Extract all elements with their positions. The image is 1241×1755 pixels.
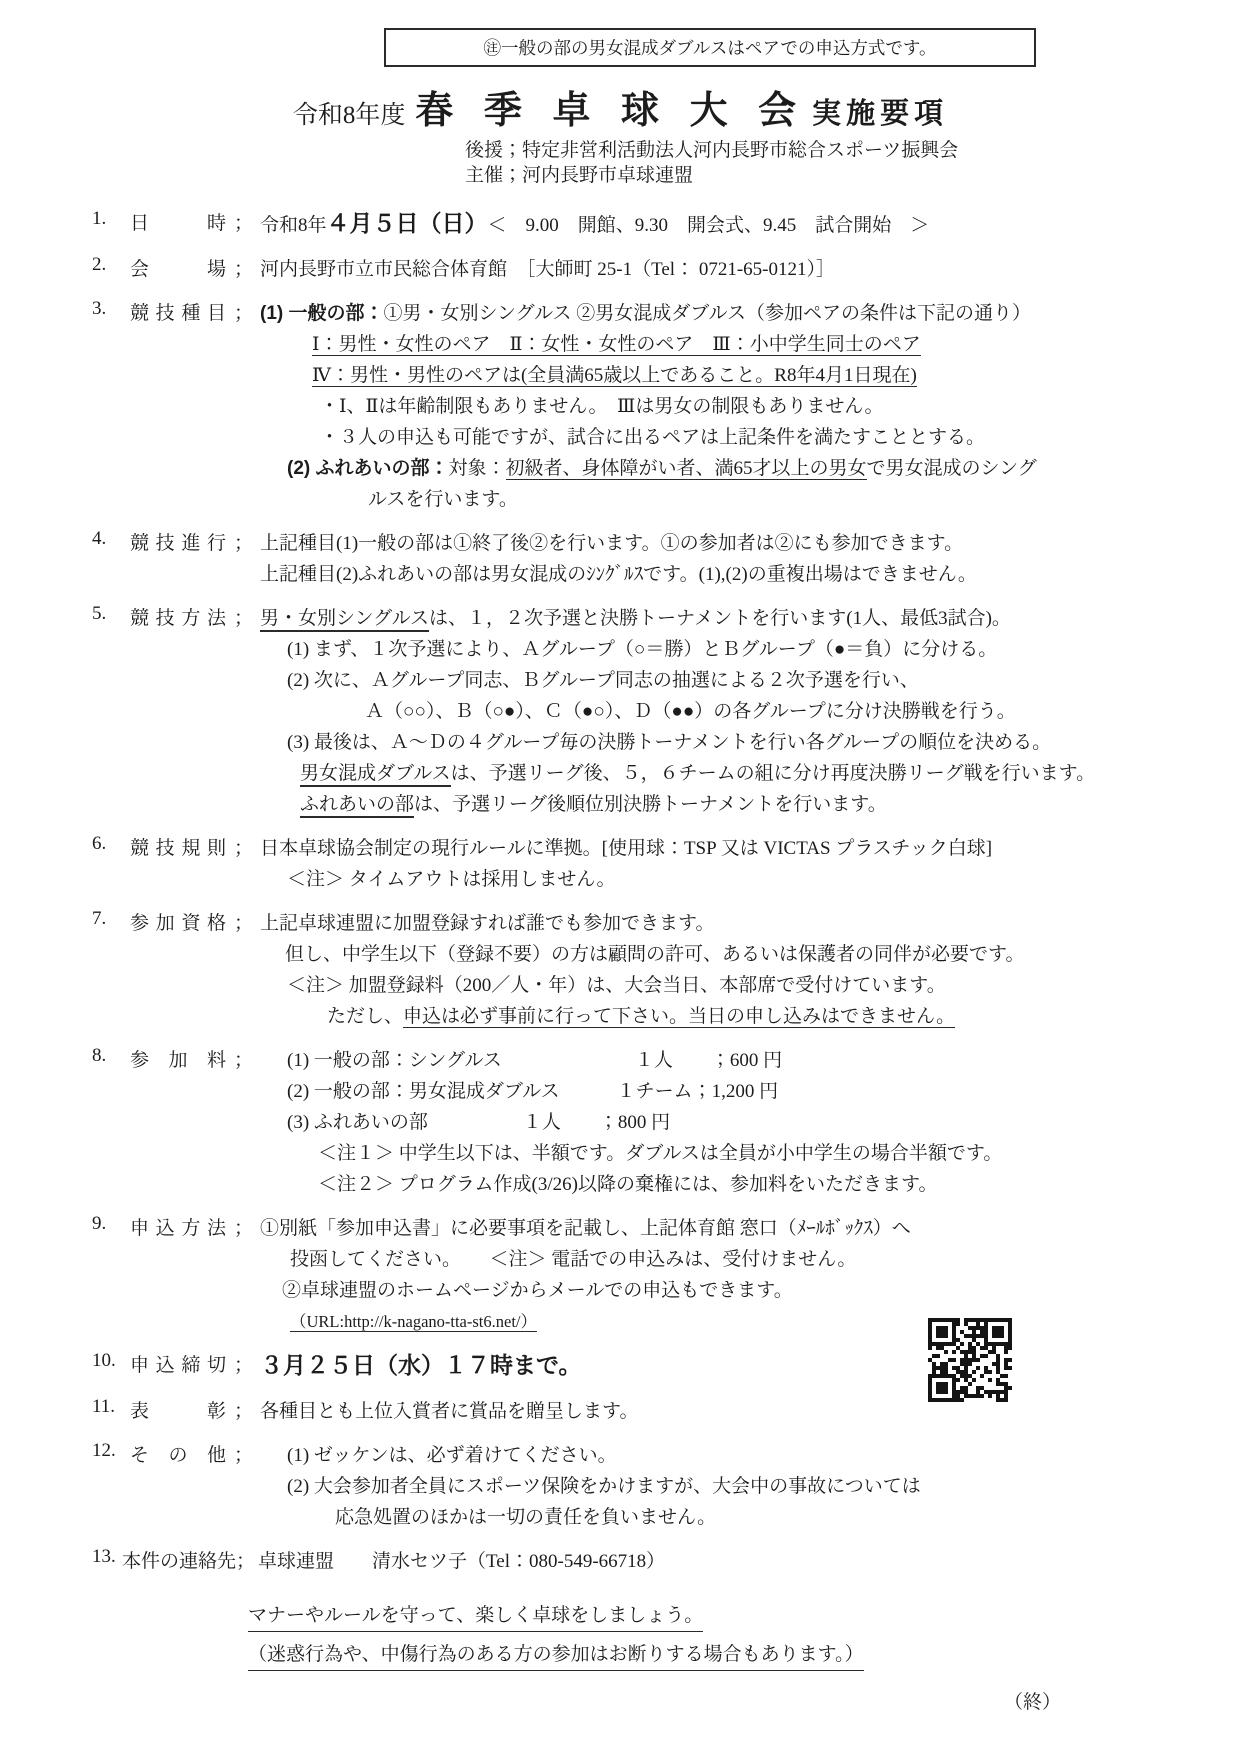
item-line: ＜注１＞ 中学生以下は、半額です。ダブルスは全員が小中学生の場合半額です。 <box>260 1138 1216 1169</box>
text-run: 対象： <box>449 458 506 479</box>
item-number: 11. <box>92 1396 130 1427</box>
item-line: 上記卓球連盟に加盟登録すれば誰でも参加できます。 <box>260 908 1216 939</box>
item-label: 競技方法 <box>130 603 226 820</box>
item-separator: ； <box>234 603 260 820</box>
footer-manner-line: マナーやルールを守って、楽しく卓球をしましょう。 <box>248 1601 1241 1632</box>
text-run: 上記種目(2)ふれあいの部は男女混成のｼﾝｸﾞﾙｽです。(1),(2)の重複出場… <box>260 564 977 585</box>
item-label: 申込方法 <box>130 1213 226 1337</box>
item-line: (1) まず、１次予選により、Ａグループ（○＝勝）とＢグループ（●＝負）に分ける… <box>260 634 1216 665</box>
text-run: ＜注＞ タイムアウトは採用しません。 <box>287 869 616 890</box>
item-line: 投函してください。 ＜注＞ 電話での申込みは、受付けません。 <box>260 1244 1216 1275</box>
item-separator: ； <box>234 833 260 895</box>
item-line: ルスを行います。 <box>260 484 1216 515</box>
text-run: で男女混成のシング <box>867 458 1037 479</box>
text-run: は、予選リーグ後、５，６チームの組に分け再度決勝リーグ戦を行います。 <box>451 763 1095 784</box>
item-separator: ； <box>234 1213 260 1337</box>
item-label: 日時 <box>130 208 226 241</box>
text-run: (1) 一般の部： <box>260 303 384 324</box>
item-content: ①別紙「参加申込書」に必要事項を記載し、上記体育館 窓口（ﾒｰﾙﾎﾞｯｸｽ）へ投… <box>260 1213 1216 1337</box>
item-content: (1) 一般の部：①男・女別シングルス ②男女混成ダブルス（参加ペアの条件は下記… <box>260 298 1216 515</box>
item-line: ふれあいの部は、予選リーグ後順位別決勝トーナメントを行います。 <box>260 789 1216 820</box>
text-run: ①別紙「参加申込書」に必要事項を記載し、上記体育館 窓口（ﾒｰﾙﾎﾞｯｸｽ）へ <box>260 1218 911 1239</box>
item-line: 但し、中学生以下（登録不要）の方は顧問の許可、あるいは保護者の同伴が必要です。 <box>260 939 1216 970</box>
text-run: ３月２５日（水）１７時まで。 <box>260 1352 582 1378</box>
item-line: 応急処置のほかは一切の責任を負いません。 <box>260 1502 1216 1533</box>
item-3: 3.競技種目；(1) 一般の部：①男・女別シングルス ②男女混成ダブルス（参加ペ… <box>92 298 1216 515</box>
item-line: ただし、申込は必ず事前に行って下さい。当日の申し込みはできません。 <box>260 1001 1216 1032</box>
page-title: 令和8年度春 季 卓 球 大 会実施要項 <box>0 79 1241 134</box>
item-6: 6.競技規則；日本卓球協会制定の現行ルールに準拠。[使用球：TSP 又は VIC… <box>92 833 1216 895</box>
text-run: ４月５日（日） <box>327 210 488 236</box>
item-label: 本件の連絡先 <box>122 1546 236 1577</box>
text-run: ・３人の申込も可能ですが、試合に出るペアは上記条件を満たすこととする。 <box>320 427 985 448</box>
item-line: Ⅰ：男性・女性のペア Ⅱ：女性・女性のペア Ⅲ：小中学生同士のペア <box>260 329 1216 360</box>
item-separator: ； <box>234 298 260 515</box>
item-line: (2) 次に、Ａグループ同志、Ｂグループ同志の抽選による２次予選を行い、 <box>260 665 1216 696</box>
note-box-text: ㊟一般の部の男女混成ダブルスはペアでの申込方式です。 <box>484 38 937 58</box>
item-line: (3) 最後は、Ａ～Ｄの４グループ毎の決勝トーナメントを行い各グループの順位を決… <box>260 727 1216 758</box>
sponsor-shusai: 主催；河内長野市卓球連盟 <box>465 163 1241 188</box>
item-line: ＜注２＞ プログラム作成(3/26)以降の棄権には、参加料をいただきます。 <box>260 1169 1216 1200</box>
item-line: (1) 一般の部：①男・女別シングルス ②男女混成ダブルス（参加ペアの条件は下記… <box>260 298 1216 329</box>
title-suffix: 実施要項 <box>812 98 948 130</box>
item-number: 8. <box>92 1045 130 1200</box>
qr-code <box>928 1318 1012 1402</box>
item-separator: ； <box>234 208 260 241</box>
text-run: 申込は必ず事前に行って下さい。当日の申し込みはできません。 <box>403 1006 955 1028</box>
text-run: ルスを行います。 <box>368 489 518 510</box>
footer-warning-line: （迷惑行為や、中傷行為のある方の参加はお断りする場合もあります。） <box>248 1640 1241 1671</box>
text-run: (3) ふれあいの部 １人 ；800 円 <box>287 1112 670 1133</box>
item-line: ・３人の申込も可能ですが、試合に出るペアは上記条件を満たすこととする。 <box>260 422 1216 453</box>
item-separator: ； <box>234 1045 260 1200</box>
item-12: 12.その他；(1) ゼッケンは、必ず着けてください。(2) 大会参加者全員にス… <box>92 1440 1216 1533</box>
item-number: 12. <box>92 1440 130 1533</box>
item-number: 7. <box>92 908 130 1032</box>
item-line: 上記種目(1)一般の部は①終了後②を行います。①の参加者は②にも参加できます。 <box>260 528 1216 559</box>
item-content: 上記種目(1)一般の部は①終了後②を行います。①の参加者は②にも参加できます。上… <box>260 528 1216 590</box>
text-run: （URL:http://k-nagano-tta-st6.net/） <box>290 1312 537 1332</box>
item-separator: ； <box>234 528 260 590</box>
item-line: (1) 一般の部：シングルス １人 ；600 円 <box>260 1045 1216 1076</box>
item-number: 9. <box>92 1213 130 1337</box>
item-line: ②卓球連盟のホームページからメールでの申込もできます。 <box>260 1275 1216 1306</box>
item-label: その他 <box>130 1440 226 1533</box>
item-number: 1. <box>92 208 130 241</box>
text-run: 河内長野市立市民総合体育館 ［大師町 25-1（Tel： 0721-65-012… <box>260 259 835 280</box>
item-7: 7.参加資格；上記卓球連盟に加盟登録すれば誰でも参加できます。但し、中学生以下（… <box>92 908 1216 1032</box>
item-line: Ａ（○○）、Ｂ（○●）、Ｃ（●○）、Ｄ（●●）の各グループに分け決勝戦を行う。 <box>260 696 1216 727</box>
item-content: (1) ゼッケンは、必ず着けてください。(2) 大会参加者全員にスポーツ保険をか… <box>260 1440 1216 1533</box>
text-run: 投函してください。 ＜注＞ 電話での申込みは、受付けません。 <box>290 1249 856 1270</box>
text-run: (2) ふれあいの部： <box>287 458 449 479</box>
item-number: 4. <box>92 528 130 590</box>
text-run: (2) 一般の部：男女混成ダブルス １チーム；1,200 円 <box>287 1081 778 1102</box>
sponsor-lines: 後援；特定非営利活動法人河内長野市総合スポーツ振興会 主催；河内長野市卓球連盟 <box>465 138 1241 188</box>
item-content: (1) 一般の部：シングルス １人 ；600 円(2) 一般の部：男女混成ダブル… <box>260 1045 1216 1200</box>
text-run: ＜注１＞ 中学生以下は、半額です。ダブルスは全員が小中学生の場合半額です。 <box>318 1143 1002 1164</box>
item-separator: ； <box>234 1350 260 1383</box>
text-run: (1) ゼッケンは、必ず着けてください。 <box>287 1445 617 1466</box>
items-list: 1.日時；令和8年４月５日（日）＜ 9.00 開館、9.30 開会式、9.45 … <box>92 208 1216 1577</box>
item-number: 5. <box>92 603 130 820</box>
item-number: 6. <box>92 833 130 895</box>
item-label: 競技規則 <box>130 833 226 895</box>
note-box: ㊟一般の部の男女混成ダブルスはペアでの申込方式です。 <box>384 28 1036 67</box>
text-run: 男・女別シングルス <box>260 608 429 632</box>
item-1: 1.日時；令和8年４月５日（日）＜ 9.00 開館、9.30 開会式、9.45 … <box>92 208 1216 241</box>
document-page: ㊟一般の部の男女混成ダブルスはペアでの申込方式です。 令和8年度春 季 卓 球 … <box>0 0 1241 1755</box>
text-run: ＜注２＞ プログラム作成(3/26)以降の棄権には、参加料をいただきます。 <box>318 1174 937 1195</box>
text-run: Ａ（○○）、Ｂ（○●）、Ｃ（●○）、Ｄ（●●）の各グループに分け決勝戦を行う。 <box>365 701 1016 722</box>
end-mark: （終） <box>0 1687 1061 1714</box>
item-label: 参加資格 <box>130 908 226 1032</box>
item-8: 8.参加料；(1) 一般の部：シングルス １人 ；600 円(2) 一般の部：男… <box>92 1045 1216 1200</box>
item-line: (3) ふれあいの部 １人 ；800 円 <box>260 1107 1216 1138</box>
item-line: (2) ふれあいの部：対象：初級者、身体障がい者、満65才以上の男女で男女混成の… <box>260 453 1216 484</box>
item-label: 表彰 <box>130 1396 226 1427</box>
item-content: 上記卓球連盟に加盟登録すれば誰でも参加できます。但し、中学生以下（登録不要）の方… <box>260 908 1216 1032</box>
item-content: 令和8年４月５日（日）＜ 9.00 開館、9.30 開会式、9.45 試合開始 … <box>260 208 1216 241</box>
item-separator: ； <box>236 1546 258 1577</box>
text-run: (3) 最後は、Ａ～Ｄの４グループ毎の決勝トーナメントを行い各グループの順位を決… <box>287 732 1051 753</box>
item-number: 10. <box>92 1350 130 1383</box>
text-run: 男女混成ダブルス <box>300 763 451 787</box>
text-run: 各種目とも上位入賞者に賞品を贈呈します。 <box>260 1401 638 1422</box>
item-separator: ； <box>234 1440 260 1533</box>
text-run: 上記卓球連盟に加盟登録すれば誰でも参加できます。 <box>260 913 714 934</box>
item-content: 河内長野市立市民総合体育館 ［大師町 25-1（Tel： 0721-65-012… <box>260 254 1216 285</box>
item-label: 参加料 <box>130 1045 226 1200</box>
item-line: ＜注＞ タイムアウトは採用しません。 <box>260 864 1216 895</box>
item-9: 9.申込方法；①別紙「参加申込書」に必要事項を記載し、上記体育館 窓口（ﾒｰﾙﾎ… <box>92 1213 1216 1337</box>
item-label: 競技進行 <box>130 528 226 590</box>
item-13: 13.本件の連絡先；卓球連盟 清水セツ子（Tel：080-549-66718） <box>92 1546 1216 1577</box>
item-line: （URL:http://k-nagano-tta-st6.net/） <box>260 1306 1216 1337</box>
item-content: 卓球連盟 清水セツ子（Tel：080-549-66718） <box>258 1546 1216 1577</box>
item-number: 2. <box>92 254 130 285</box>
text-run: (2) 大会参加者全員にスポーツ保険をかけますが、大会中の事故については <box>287 1476 921 1497</box>
item-line: (1) ゼッケンは、必ず着けてください。 <box>260 1440 1216 1471</box>
text-run: 日本卓球協会制定の現行ルールに準拠。[使用球：TSP 又は VICTAS プラス… <box>260 838 992 859</box>
item-line: 河内長野市立市民総合体育館 ［大師町 25-1（Tel： 0721-65-012… <box>260 254 1216 285</box>
item-content: 日本卓球協会制定の現行ルールに準拠。[使用球：TSP 又は VICTAS プラス… <box>260 833 1216 895</box>
item-line: ①別紙「参加申込書」に必要事項を記載し、上記体育館 窓口（ﾒｰﾙﾎﾞｯｸｽ）へ <box>260 1213 1216 1244</box>
item-11: 11.表彰；各種目とも上位入賞者に賞品を贈呈します。 <box>92 1396 1216 1427</box>
text-run: 卓球連盟 清水セツ子（Tel：080-549-66718） <box>258 1551 665 1572</box>
text-run: ＜ 9.00 開館、9.30 開会式、9.45 試合開始 ＞ <box>488 215 930 236</box>
item-2: 2.会場；河内長野市立市民総合体育館 ［大師町 25-1（Tel： 0721-6… <box>92 254 1216 285</box>
item-content: ３月２５日（水）１７時まで。 <box>260 1350 1216 1383</box>
item-line: 卓球連盟 清水セツ子（Tel：080-549-66718） <box>258 1546 1216 1577</box>
text-run: Ⅳ：男性・男性のペアは(全員満65歳以上であること。R8年4月1日現在) <box>312 365 917 387</box>
item-line: (2) 一般の部：男女混成ダブルス １チーム；1,200 円 <box>260 1076 1216 1107</box>
text-run: は、１，２次予選と決勝トーナメントを行います(1人、最低3試合)。 <box>429 608 1011 629</box>
text-run: ②卓球連盟のホームページからメールでの申込もできます。 <box>282 1280 793 1301</box>
item-label: 申込締切 <box>130 1350 226 1383</box>
sponsor-kouen: 後援；特定非営利活動法人河内長野市総合スポーツ振興会 <box>465 138 1241 163</box>
item-separator: ； <box>234 1396 260 1427</box>
item-line: 男女混成ダブルスは、予選リーグ後、５，６チームの組に分け再度決勝リーグ戦を行いま… <box>260 758 1216 789</box>
item-separator: ； <box>234 908 260 1032</box>
item-line: Ⅳ：男性・男性のペアは(全員満65歳以上であること。R8年4月1日現在) <box>260 360 1216 391</box>
item-content: 男・女別シングルスは、１，２次予選と決勝トーナメントを行います(1人、最低3試合… <box>260 603 1216 820</box>
text-run: (1) 一般の部：シングルス １人 ；600 円 <box>287 1050 782 1071</box>
title-main: 春 季 卓 球 大 会 <box>415 90 806 132</box>
text-run: 初級者、身体障がい者、満65才以上の男女 <box>506 458 867 480</box>
text-run: 上記種目(1)一般の部は①終了後②を行います。①の参加者は②にも参加できます。 <box>260 533 963 554</box>
item-content: 各種目とも上位入賞者に賞品を贈呈します。 <box>260 1396 1216 1427</box>
title-era: 令和8年度 <box>293 102 406 129</box>
item-separator: ； <box>234 254 260 285</box>
item-line: 男・女別シングルスは、１，２次予選と決勝トーナメントを行います(1人、最低3試合… <box>260 603 1216 634</box>
text-run: Ⅰ：男性・女性のペア Ⅱ：女性・女性のペア Ⅲ：小中学生同士のペア <box>312 334 921 356</box>
item-line: 上記種目(2)ふれあいの部は男女混成のｼﾝｸﾞﾙｽです。(1),(2)の重複出場… <box>260 559 1216 590</box>
text-run: は、予選リーグ後順位別決勝トーナメントを行います。 <box>414 794 887 815</box>
text-run: ＜注＞ 加盟登録料（200／人・年）は、大会当日、本部席で受付けています。 <box>287 975 946 996</box>
item-number: 3. <box>92 298 130 515</box>
text-run: ただし、 <box>327 1006 403 1027</box>
item-number: 13. <box>92 1546 122 1577</box>
text-run: ①男・女別シングルス ②男女混成ダブルス（参加ペアの条件は下記の通り） <box>384 303 1031 324</box>
item-label: 会場 <box>130 254 226 285</box>
item-5: 5.競技方法；男・女別シングルスは、１，２次予選と決勝トーナメントを行います(1… <box>92 603 1216 820</box>
item-line: 日本卓球協会制定の現行ルールに準拠。[使用球：TSP 又は VICTAS プラス… <box>260 833 1216 864</box>
item-10: 10.申込締切；３月２５日（水）１７時まで。 <box>92 1350 1216 1383</box>
text-run: (1) まず、１次予選により、Ａグループ（○＝勝）とＢグループ（●＝負）に分ける… <box>287 639 997 660</box>
item-line: ＜注＞ 加盟登録料（200／人・年）は、大会当日、本部席で受付けています。 <box>260 970 1216 1001</box>
text-run: 但し、中学生以下（登録不要）の方は顧問の許可、あるいは保護者の同伴が必要です。 <box>285 944 1024 965</box>
item-line: 令和8年４月５日（日）＜ 9.00 開館、9.30 開会式、9.45 試合開始 … <box>260 208 1216 241</box>
text-run: 令和8年 <box>260 215 327 236</box>
item-label: 競技種目 <box>130 298 226 515</box>
item-4: 4.競技進行；上記種目(1)一般の部は①終了後②を行います。①の参加者は②にも参… <box>92 528 1216 590</box>
text-run: (2) 次に、Ａグループ同志、Ｂグループ同志の抽選による２次予選を行い、 <box>287 670 919 691</box>
text-run: ・Ⅰ、Ⅱは年齢制限もありません。 Ⅲは男女の制限もありません。 <box>320 396 884 417</box>
item-line: ・Ⅰ、Ⅱは年齢制限もありません。 Ⅲは男女の制限もありません。 <box>260 391 1216 422</box>
item-line: ３月２５日（水）１７時まで。 <box>260 1350 1216 1383</box>
footer: マナーやルールを守って、楽しく卓球をしましょう。 （迷惑行為や、中傷行為のある方… <box>248 1601 1241 1671</box>
text-run: 応急処置のほかは一切の責任を負いません。 <box>335 1507 716 1528</box>
text-run: ふれあいの部 <box>300 794 414 818</box>
item-line: (2) 大会参加者全員にスポーツ保険をかけますが、大会中の事故については <box>260 1471 1216 1502</box>
item-line: 各種目とも上位入賞者に賞品を贈呈します。 <box>260 1396 1216 1427</box>
